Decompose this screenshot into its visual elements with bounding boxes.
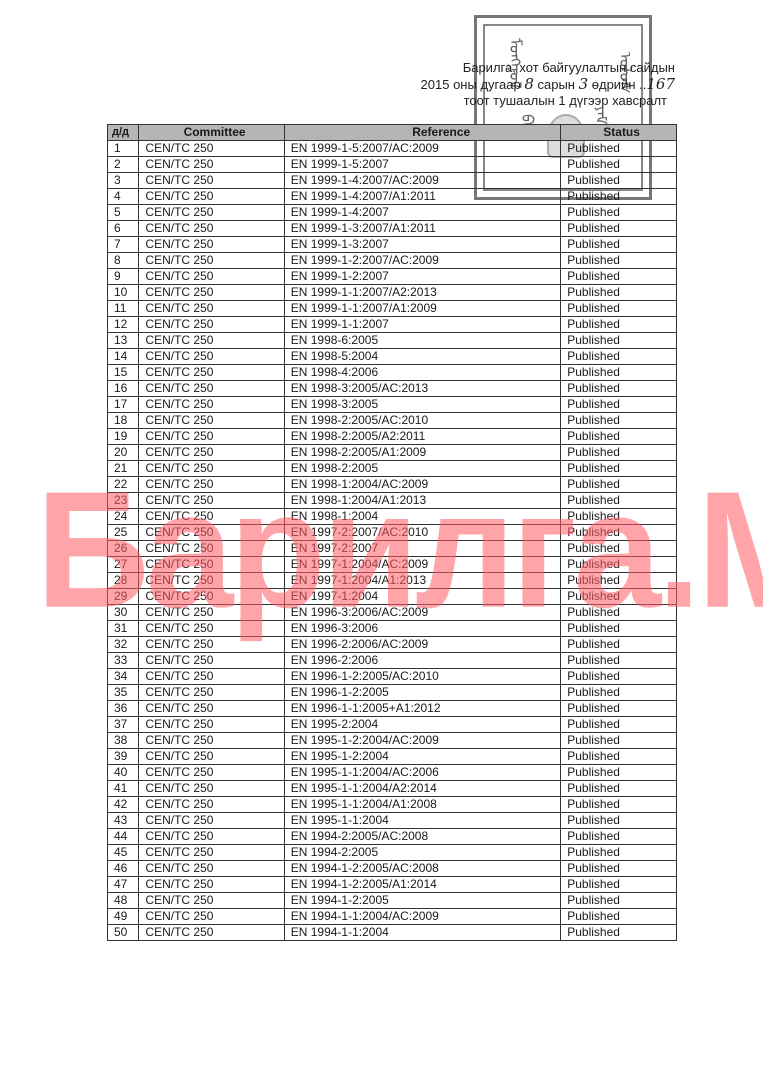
status-cell: Published	[561, 557, 677, 573]
reference-cell: EN 1996-1-1:2005+A1:2012	[284, 701, 561, 717]
date-prefix: 2015 оны дугаар	[421, 77, 521, 92]
table-row: 12CEN/TC 250EN 1999-1-1:2007Published	[108, 317, 677, 333]
row-number: 38	[108, 733, 139, 749]
table-row: 34CEN/TC 250EN 1996-1-2:2005/AC:2010Publ…	[108, 669, 677, 685]
reference-cell: EN 1999-1-1:2007/A1:2009	[284, 301, 561, 317]
table-row: 33CEN/TC 250EN 1996-2:2006Published	[108, 653, 677, 669]
committee-cell: CEN/TC 250	[139, 173, 284, 189]
status-cell: Published	[561, 701, 677, 717]
reference-cell: EN 1998-3:2005/AC:2013	[284, 381, 561, 397]
committee-cell: CEN/TC 250	[139, 637, 284, 653]
row-number: 9	[108, 269, 139, 285]
table-row: 41CEN/TC 250EN 1995-1-1:2004/A2:2014Publ…	[108, 781, 677, 797]
status-cell: Published	[561, 541, 677, 557]
table-row: 39CEN/TC 250EN 1995-1-2:2004Published	[108, 749, 677, 765]
table-row: 43CEN/TC 250EN 1995-1-1:2004Published	[108, 813, 677, 829]
row-number: 10	[108, 285, 139, 301]
handwritten-month: 8	[524, 75, 534, 93]
committee-cell: CEN/TC 250	[139, 669, 284, 685]
status-cell: Published	[561, 205, 677, 221]
status-cell: Published	[561, 845, 677, 861]
status-cell: Published	[561, 301, 677, 317]
status-cell: Published	[561, 829, 677, 845]
table-row: 31CEN/TC 250EN 1996-3:2006Published	[108, 621, 677, 637]
reference-cell: EN 1994-1-2:2005/AC:2008	[284, 861, 561, 877]
standards-register-table: д/д Committee Reference Status 1CEN/TC 2…	[107, 124, 677, 941]
committee-cell: CEN/TC 250	[139, 269, 284, 285]
row-number: 39	[108, 749, 139, 765]
committee-cell: CEN/TC 250	[139, 509, 284, 525]
committee-cell: CEN/TC 250	[139, 525, 284, 541]
committee-cell: CEN/TC 250	[139, 397, 284, 413]
reference-cell: EN 1998-4:2006	[284, 365, 561, 381]
table-row: 30CEN/TC 250EN 1996-3:2006/AC:2009Publis…	[108, 605, 677, 621]
date-suffix: өдрийн ..	[592, 77, 647, 92]
committee-cell: CEN/TC 250	[139, 557, 284, 573]
committee-cell: CEN/TC 250	[139, 285, 284, 301]
committee-cell: CEN/TC 250	[139, 349, 284, 365]
reference-cell: EN 1999-1-4:2007	[284, 205, 561, 221]
status-cell: Published	[561, 861, 677, 877]
status-cell: Published	[561, 173, 677, 189]
table-row: 9CEN/TC 250EN 1999-1-2:2007Published	[108, 269, 677, 285]
table-row: 16CEN/TC 250EN 1998-3:2005/AC:2013Publis…	[108, 381, 677, 397]
table-row: 46CEN/TC 250EN 1994-1-2:2005/AC:2008Publ…	[108, 861, 677, 877]
reference-cell: EN 1995-2:2004	[284, 717, 561, 733]
status-cell: Published	[561, 509, 677, 525]
committee-cell: CEN/TC 250	[139, 845, 284, 861]
column-header-committee: Committee	[139, 125, 284, 141]
row-number: 42	[108, 797, 139, 813]
status-cell: Published	[561, 493, 677, 509]
table-row: 11CEN/TC 250EN 1999-1-1:2007/A1:2009Publ…	[108, 301, 677, 317]
reference-cell: EN 1999-1-1:2007	[284, 317, 561, 333]
table-row: 27CEN/TC 250EN 1997-1:2004/AC:2009Publis…	[108, 557, 677, 573]
reference-cell: EN 1995-1-1:2004/A2:2014	[284, 781, 561, 797]
row-number: 35	[108, 685, 139, 701]
status-cell: Published	[561, 317, 677, 333]
status-cell: Published	[561, 685, 677, 701]
committee-cell: CEN/TC 250	[139, 925, 284, 941]
committee-cell: CEN/TC 250	[139, 317, 284, 333]
reference-cell: EN 1998-2:2005/A1:2009	[284, 445, 561, 461]
reference-cell: EN 1998-1:2004/A1:2013	[284, 493, 561, 509]
row-number: 40	[108, 765, 139, 781]
table-row: 14CEN/TC 250EN 1998-5:2004Published	[108, 349, 677, 365]
table-row: 36CEN/TC 250EN 1996-1-1:2005+A1:2012Publ…	[108, 701, 677, 717]
status-cell: Published	[561, 749, 677, 765]
row-number: 44	[108, 829, 139, 845]
row-number: 31	[108, 621, 139, 637]
reference-cell: EN 1999-1-3:2007/A1:2011	[284, 221, 561, 237]
committee-cell: CEN/TC 250	[139, 861, 284, 877]
committee-cell: CEN/TC 250	[139, 381, 284, 397]
reference-cell: EN 1994-2:2005/AC:2008	[284, 829, 561, 845]
row-number: 23	[108, 493, 139, 509]
reference-cell: EN 1994-1-2:2005	[284, 893, 561, 909]
table-row: 17CEN/TC 250EN 1998-3:2005Published	[108, 397, 677, 413]
row-number: 11	[108, 301, 139, 317]
committee-cell: CEN/TC 250	[139, 461, 284, 477]
row-number: 3	[108, 173, 139, 189]
status-cell: Published	[561, 285, 677, 301]
status-cell: Published	[561, 445, 677, 461]
committee-cell: CEN/TC 250	[139, 157, 284, 173]
row-number: 37	[108, 717, 139, 733]
committee-cell: CEN/TC 250	[139, 685, 284, 701]
table-row: 15CEN/TC 250EN 1998-4:2006Published	[108, 365, 677, 381]
reference-cell: EN 1997-2:2007	[284, 541, 561, 557]
status-cell: Published	[561, 781, 677, 797]
committee-cell: CEN/TC 250	[139, 909, 284, 925]
committee-cell: CEN/TC 250	[139, 653, 284, 669]
table-row: 35CEN/TC 250EN 1996-1-2:2005Published	[108, 685, 677, 701]
table-row: 20CEN/TC 250EN 1998-2:2005/A1:2009Publis…	[108, 445, 677, 461]
table-row: 18CEN/TC 250EN 1998-2:2005/AC:2010Publis…	[108, 413, 677, 429]
committee-cell: CEN/TC 250	[139, 573, 284, 589]
status-cell: Published	[561, 189, 677, 205]
status-cell: Published	[561, 349, 677, 365]
reference-cell: EN 1999-1-1:2007/A2:2013	[284, 285, 561, 301]
table-row: 48CEN/TC 250EN 1994-1-2:2005Published	[108, 893, 677, 909]
committee-cell: CEN/TC 250	[139, 621, 284, 637]
reference-cell: EN 1994-1-1:2004/AC:2009	[284, 909, 561, 925]
table-row: 37CEN/TC 250EN 1995-2:2004Published	[108, 717, 677, 733]
reference-cell: EN 1994-1-2:2005/A1:2014	[284, 877, 561, 893]
row-number: 41	[108, 781, 139, 797]
row-number: 29	[108, 589, 139, 605]
reference-cell: EN 1999-1-4:2007/A1:2011	[284, 189, 561, 205]
row-number: 18	[108, 413, 139, 429]
handwritten-order-number: 167	[646, 75, 675, 93]
row-number: 5	[108, 205, 139, 221]
reference-cell: EN 1999-1-5:2007	[284, 157, 561, 173]
table-row: 38CEN/TC 250EN 1995-1-2:2004/AC:2009Publ…	[108, 733, 677, 749]
table-row: 5CEN/TC 250EN 1999-1-4:2007Published	[108, 205, 677, 221]
reference-cell: EN 1999-1-4:2007/AC:2009	[284, 173, 561, 189]
table-row: 23CEN/TC 250EN 1998-1:2004/A1:2013Publis…	[108, 493, 677, 509]
reference-cell: EN 1999-1-2:2007/AC:2009	[284, 253, 561, 269]
reference-cell: EN 1997-1:2004/AC:2009	[284, 557, 561, 573]
row-number: 15	[108, 365, 139, 381]
row-number: 33	[108, 653, 139, 669]
committee-cell: CEN/TC 250	[139, 829, 284, 845]
row-number: 4	[108, 189, 139, 205]
row-number: 2	[108, 157, 139, 173]
reference-cell: EN 1998-2:2005/AC:2010	[284, 413, 561, 429]
reference-cell: EN 1995-1-2:2004	[284, 749, 561, 765]
row-number: 28	[108, 573, 139, 589]
column-header-status: Status	[561, 125, 677, 141]
table-row: 25CEN/TC 250EN 1997-2:2007/AC:2010Publis…	[108, 525, 677, 541]
committee-cell: CEN/TC 250	[139, 413, 284, 429]
table-row: 21CEN/TC 250EN 1998-2:2005Published	[108, 461, 677, 477]
reference-cell: EN 1997-1:2004	[284, 589, 561, 605]
table-row: 19CEN/TC 250EN 1998-2:2005/A2:2011Publis…	[108, 429, 677, 445]
status-cell: Published	[561, 589, 677, 605]
committee-cell: CEN/TC 250	[139, 781, 284, 797]
status-cell: Published	[561, 221, 677, 237]
heading-line-ministry: Барилга, хот байгуулалтын сайдын	[421, 60, 675, 76]
status-cell: Published	[561, 717, 677, 733]
reference-cell: EN 1996-2:2006/AC:2009	[284, 637, 561, 653]
reference-cell: EN 1997-2:2007/AC:2010	[284, 525, 561, 541]
table-row: 8CEN/TC 250EN 1999-1-2:2007/AC:2009Publi…	[108, 253, 677, 269]
status-cell: Published	[561, 477, 677, 493]
committee-cell: CEN/TC 250	[139, 333, 284, 349]
table-body: 1CEN/TC 250EN 1999-1-5:2007/AC:2009Publi…	[108, 141, 677, 941]
table-row: 49CEN/TC 250EN 1994-1-1:2004/AC:2009Publ…	[108, 909, 677, 925]
committee-cell: CEN/TC 250	[139, 301, 284, 317]
reference-cell: EN 1994-1-1:2004	[284, 925, 561, 941]
table-row: 28CEN/TC 250EN 1997-1:2004/A1:2013Publis…	[108, 573, 677, 589]
reference-cell: EN 1999-1-2:2007	[284, 269, 561, 285]
table-header-row: д/д Committee Reference Status	[108, 125, 677, 141]
reference-cell: EN 1999-1-5:2007/AC:2009	[284, 141, 561, 157]
reference-cell: EN 1998-1:2004/AC:2009	[284, 477, 561, 493]
table-row: 26CEN/TC 250EN 1997-2:2007Published	[108, 541, 677, 557]
committee-cell: CEN/TC 250	[139, 365, 284, 381]
column-header-reference: Reference	[284, 125, 561, 141]
reference-cell: EN 1998-2:2005/A2:2011	[284, 429, 561, 445]
row-number: 49	[108, 909, 139, 925]
status-cell: Published	[561, 669, 677, 685]
row-number: 50	[108, 925, 139, 941]
row-number: 6	[108, 221, 139, 237]
table-row: 47CEN/TC 250EN 1994-1-2:2005/A1:2014Publ…	[108, 877, 677, 893]
row-number: 17	[108, 397, 139, 413]
reference-cell: EN 1995-1-1:2004	[284, 813, 561, 829]
table-row: 22CEN/TC 250EN 1998-1:2004/AC:2009Publis…	[108, 477, 677, 493]
row-number: 34	[108, 669, 139, 685]
row-number: 24	[108, 509, 139, 525]
row-number: 25	[108, 525, 139, 541]
table-row: 50CEN/TC 250EN 1994-1-1:2004Published	[108, 925, 677, 941]
status-cell: Published	[561, 269, 677, 285]
status-cell: Published	[561, 237, 677, 253]
committee-cell: CEN/TC 250	[139, 141, 284, 157]
row-number: 14	[108, 349, 139, 365]
column-header-number: д/д	[108, 125, 139, 141]
committee-cell: CEN/TC 250	[139, 189, 284, 205]
status-cell: Published	[561, 765, 677, 781]
status-cell: Published	[561, 365, 677, 381]
row-number: 46	[108, 861, 139, 877]
committee-cell: CEN/TC 250	[139, 893, 284, 909]
reference-cell: EN 1998-6:2005	[284, 333, 561, 349]
row-number: 19	[108, 429, 139, 445]
status-cell: Published	[561, 413, 677, 429]
status-cell: Published	[561, 573, 677, 589]
status-cell: Published	[561, 397, 677, 413]
status-cell: Published	[561, 925, 677, 941]
table-row: 32CEN/TC 250EN 1996-2:2006/AC:2009Publis…	[108, 637, 677, 653]
status-cell: Published	[561, 429, 677, 445]
reference-cell: EN 1995-1-1:2004/AC:2006	[284, 765, 561, 781]
committee-cell: CEN/TC 250	[139, 253, 284, 269]
reference-cell: EN 1996-1-2:2005	[284, 685, 561, 701]
table-row: 6CEN/TC 250EN 1999-1-3:2007/A1:2011Publi…	[108, 221, 677, 237]
reference-cell: EN 1999-1-3:2007	[284, 237, 561, 253]
status-cell: Published	[561, 381, 677, 397]
row-number: 27	[108, 557, 139, 573]
row-number: 20	[108, 445, 139, 461]
table-row: 10CEN/TC 250EN 1999-1-1:2007/A2:2013Publ…	[108, 285, 677, 301]
status-cell: Published	[561, 253, 677, 269]
row-number: 1	[108, 141, 139, 157]
row-number: 21	[108, 461, 139, 477]
document-heading: Барилга, хот байгуулалтын сайдын 2015 он…	[421, 60, 675, 109]
committee-cell: CEN/TC 250	[139, 445, 284, 461]
row-number: 30	[108, 605, 139, 621]
reference-cell: EN 1997-1:2004/A1:2013	[284, 573, 561, 589]
reference-cell: EN 1996-3:2006/AC:2009	[284, 605, 561, 621]
status-cell: Published	[561, 637, 677, 653]
table-row: 45CEN/TC 250EN 1994-2:2005Published	[108, 845, 677, 861]
heading-line-annex: тоот тушаалын 1 дүгээр хавсралт	[421, 93, 675, 109]
row-number: 7	[108, 237, 139, 253]
committee-cell: CEN/TC 250	[139, 765, 284, 781]
handwritten-day: 3	[579, 75, 589, 93]
table-row: 7CEN/TC 250EN 1999-1-3:2007Published	[108, 237, 677, 253]
committee-cell: CEN/TC 250	[139, 605, 284, 621]
row-number: 26	[108, 541, 139, 557]
reference-cell: EN 1996-1-2:2005/AC:2010	[284, 669, 561, 685]
status-cell: Published	[561, 333, 677, 349]
committee-cell: CEN/TC 250	[139, 701, 284, 717]
table-row: 42CEN/TC 250EN 1995-1-1:2004/A1:2008Publ…	[108, 797, 677, 813]
status-cell: Published	[561, 909, 677, 925]
row-number: 12	[108, 317, 139, 333]
reference-cell: EN 1995-1-2:2004/AC:2009	[284, 733, 561, 749]
table-row: 13CEN/TC 250EN 1998-6:2005Published	[108, 333, 677, 349]
row-number: 47	[108, 877, 139, 893]
committee-cell: CEN/TC 250	[139, 797, 284, 813]
status-cell: Published	[561, 157, 677, 173]
reference-cell: EN 1995-1-1:2004/A1:2008	[284, 797, 561, 813]
row-number: 32	[108, 637, 139, 653]
committee-cell: CEN/TC 250	[139, 589, 284, 605]
committee-cell: CEN/TC 250	[139, 541, 284, 557]
status-cell: Published	[561, 621, 677, 637]
committee-cell: CEN/TC 250	[139, 717, 284, 733]
status-cell: Published	[561, 813, 677, 829]
status-cell: Published	[561, 141, 677, 157]
reference-cell: EN 1996-2:2006	[284, 653, 561, 669]
row-number: 43	[108, 813, 139, 829]
row-number: 22	[108, 477, 139, 493]
reference-cell: EN 1994-2:2005	[284, 845, 561, 861]
row-number: 13	[108, 333, 139, 349]
committee-cell: CEN/TC 250	[139, 429, 284, 445]
table-row: 1CEN/TC 250EN 1999-1-5:2007/AC:2009Publi…	[108, 141, 677, 157]
row-number: 45	[108, 845, 139, 861]
table-row: 3CEN/TC 250EN 1999-1-4:2007/AC:2009Publi…	[108, 173, 677, 189]
table-row: 24CEN/TC 250EN 1998-1:2004Published	[108, 509, 677, 525]
table-row: 44CEN/TC 250EN 1994-2:2005/AC:2008Publis…	[108, 829, 677, 845]
table-row: 40CEN/TC 250EN 1995-1-1:2004/AC:2006Publ…	[108, 765, 677, 781]
reference-cell: EN 1998-1:2004	[284, 509, 561, 525]
row-number: 36	[108, 701, 139, 717]
status-cell: Published	[561, 525, 677, 541]
status-cell: Published	[561, 653, 677, 669]
row-number: 48	[108, 893, 139, 909]
reference-cell: EN 1998-3:2005	[284, 397, 561, 413]
reference-cell: EN 1998-2:2005	[284, 461, 561, 477]
committee-cell: CEN/TC 250	[139, 477, 284, 493]
status-cell: Published	[561, 797, 677, 813]
committee-cell: CEN/TC 250	[139, 493, 284, 509]
committee-cell: CEN/TC 250	[139, 813, 284, 829]
table-row: 29CEN/TC 250EN 1997-1:2004Published	[108, 589, 677, 605]
table-row: 2CEN/TC 250EN 1999-1-5:2007Published	[108, 157, 677, 173]
committee-cell: CEN/TC 250	[139, 733, 284, 749]
reference-cell: EN 1996-3:2006	[284, 621, 561, 637]
status-cell: Published	[561, 877, 677, 893]
status-cell: Published	[561, 605, 677, 621]
table-row: 4CEN/TC 250EN 1999-1-4:2007/A1:2011Publi…	[108, 189, 677, 205]
committee-cell: CEN/TC 250	[139, 221, 284, 237]
committee-cell: CEN/TC 250	[139, 877, 284, 893]
status-cell: Published	[561, 893, 677, 909]
date-middle: сарын	[537, 77, 574, 92]
status-cell: Published	[561, 461, 677, 477]
committee-cell: CEN/TC 250	[139, 749, 284, 765]
committee-cell: CEN/TC 250	[139, 237, 284, 253]
reference-cell: EN 1998-5:2004	[284, 349, 561, 365]
heading-line-date: 2015 оны дугаар 8 сарын 3 өдрийн ..167	[421, 76, 675, 93]
row-number: 8	[108, 253, 139, 269]
committee-cell: CEN/TC 250	[139, 205, 284, 221]
status-cell: Published	[561, 733, 677, 749]
row-number: 16	[108, 381, 139, 397]
